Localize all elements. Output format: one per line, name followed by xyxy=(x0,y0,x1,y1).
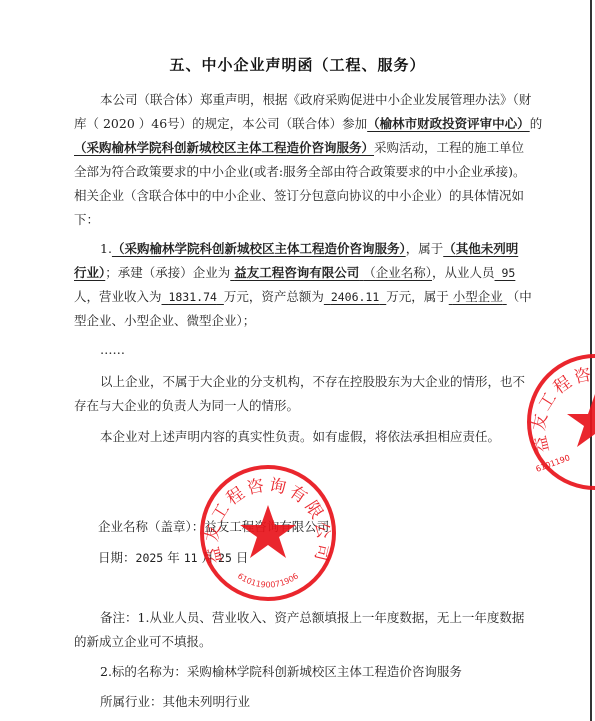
note-2: 2.标的名称为：采购榆林学院科创新城校区主体工程造价咨询服务 xyxy=(74,660,506,684)
date-month: 11 xyxy=(184,551,198,565)
seam-seal-icon: 益友工程咨询有限公司 6101190 xyxy=(525,352,595,492)
item-project-name: （采购榆林学院科创新城校区主体工程造价咨询服务） xyxy=(112,241,406,256)
item-1-line-3: 人，营业收入为 1831.74 万元，资产总额为 2406.11 万元，属于 小… xyxy=(74,285,506,309)
month-unit: 月 xyxy=(202,550,215,565)
item-text: ，从业人员 xyxy=(432,265,495,280)
svg-text:6101190071906: 6101190071906 xyxy=(236,571,300,589)
notes: 备注：1.从业人员、营业收入、资产总额填报上一年度数据，无上一年度数据 的新成立… xyxy=(74,606,506,654)
statement-1-line-1: 以上企业，不属于大企业的分支机构，不存在控股股东为大企业的情形，也不 xyxy=(74,370,506,394)
date-day: 25 xyxy=(218,551,232,565)
day-unit: 日 xyxy=(236,550,249,565)
ellipsis-text: …… xyxy=(74,338,506,362)
date-year: 2025 xyxy=(136,551,164,565)
item-1-line-1: 1.（采购榆林学院科创新城校区主体工程造价咨询服务），属于（其他未列明 xyxy=(74,237,506,261)
intro-line-4: 全部为符合政策要求的中小企业(或者:服务全部由符合政策要求的中小企业承接)。 xyxy=(74,160,506,184)
item-text: ；承建（承接）企业为 xyxy=(105,265,230,280)
intro-text: 库（ 2020 ）46号）的规定，本公司（联合体）参加 xyxy=(74,116,367,131)
assets-value: 2406.11 xyxy=(324,290,386,304)
intro-text: 的 xyxy=(530,116,543,131)
intro-line-6: 下： xyxy=(74,208,506,232)
intro-line-1: 本公司（联合体）郑重声明，根据《政府采购促进中小企业发展管理办法》（财 xyxy=(74,88,506,112)
statement-2: 本企业对上述声明内容的真实性负责。如有虚假，将依法承担相应责任。 xyxy=(74,425,506,449)
company-name: 益友工程咨询有限公司 xyxy=(234,265,359,280)
item-industry: （其他未列明 xyxy=(443,241,518,256)
item-1-line-4: 型企业、小型企业、微型企业）； xyxy=(74,309,506,333)
signature-date-line: 日期：2025 年 11 月 25 日 xyxy=(98,548,248,566)
note-2-text: 2.标的名称为：采购榆林学院科创新城校区主体工程造价咨询服务 xyxy=(74,660,506,684)
intro-text: 采购活动，工程的施工单位 xyxy=(374,140,524,155)
purchaser-name: （榆林市财政投资评审中心） xyxy=(367,116,530,131)
svg-text:6101190: 6101190 xyxy=(535,453,572,474)
note-3: 所属行业：其他未列明行业 xyxy=(74,690,506,714)
intro-line-2: 库（ 2020 ）46号）的规定，本公司（联合体）参加（榆林市财政投资评审中心）… xyxy=(74,112,506,136)
signature-company-line: 企业名称（盖章）：益友工程咨询有限公司 xyxy=(98,517,329,535)
intro-line-3: （采购榆林学院科创新城校区主体工程造价咨询服务）采购活动，工程的施工单位 xyxy=(74,136,506,160)
date-label: 日期： xyxy=(98,550,136,565)
statement-1-line-2: 存在与大企业的负责人为同一人的情形。 xyxy=(74,394,506,418)
item-industry: 行业） xyxy=(74,265,105,280)
year-unit: 年 xyxy=(167,550,180,565)
statement-1: 以上企业，不属于大企业的分支机构，不存在控股股东为大企业的情形，也不 存在与大企… xyxy=(74,370,506,418)
item-text: 万元，资产总额为 xyxy=(224,289,324,304)
intro-paragraph: 本公司（联合体）郑重声明，根据《政府采购促进中小企业发展管理办法》（财 库（ 2… xyxy=(74,88,506,232)
svg-text:益友工程咨询有限公司: 益友工程咨询有限公司 xyxy=(529,364,595,455)
company-name-hint: （企业名称） xyxy=(363,265,432,280)
employees-value: 95 xyxy=(495,266,516,280)
intro-line-5: 相关企业（含联合体中的中小企业、签订分包意向协议的中小企业）的具体情况如 xyxy=(74,184,506,208)
item-text: ，属于 xyxy=(406,241,444,256)
company-label: 企业名称（盖章）： xyxy=(98,519,204,534)
page-edge-divider xyxy=(590,0,592,721)
ellipsis: …… xyxy=(74,338,506,362)
item-text: 人，营业收入为 xyxy=(74,289,162,304)
note-1-line-2: 的新成立企业可不填报。 xyxy=(74,630,506,654)
item-1-line-2: 行业）；承建（承接）企业为 益友工程咨询有限公司 （企业名称），从业人员 95 xyxy=(74,261,506,285)
company-value: 益友工程咨询有限公司 xyxy=(204,519,329,534)
item-number: 1. xyxy=(100,241,112,256)
page-title: 五、中小企业声明函（工程、服务） xyxy=(0,54,595,75)
item-text: 万元，属于 xyxy=(386,289,449,304)
note-1-line-1: 备注：1.从业人员、营业收入、资产总额填报上一年度数据，无上一年度数据 xyxy=(74,606,506,630)
statement-2-text: 本企业对上述声明内容的真实性负责。如有虚假，将依法承担相应责任。 xyxy=(74,425,506,449)
item-1-paragraph: 1.（采购榆林学院科创新城校区主体工程造价咨询服务），属于（其他未列明 行业）；… xyxy=(74,237,506,333)
item-text: （中 xyxy=(507,289,532,304)
note-3-text: 所属行业：其他未列明行业 xyxy=(74,690,506,714)
revenue-value: 1831.74 xyxy=(162,290,224,304)
project-name: （采购榆林学院科创新城校区主体工程造价咨询服务） xyxy=(74,140,374,155)
enterprise-type: 小型企业 xyxy=(449,289,507,304)
company-name-field: 益友工程咨询有限公司 （企业名称） xyxy=(230,265,432,280)
